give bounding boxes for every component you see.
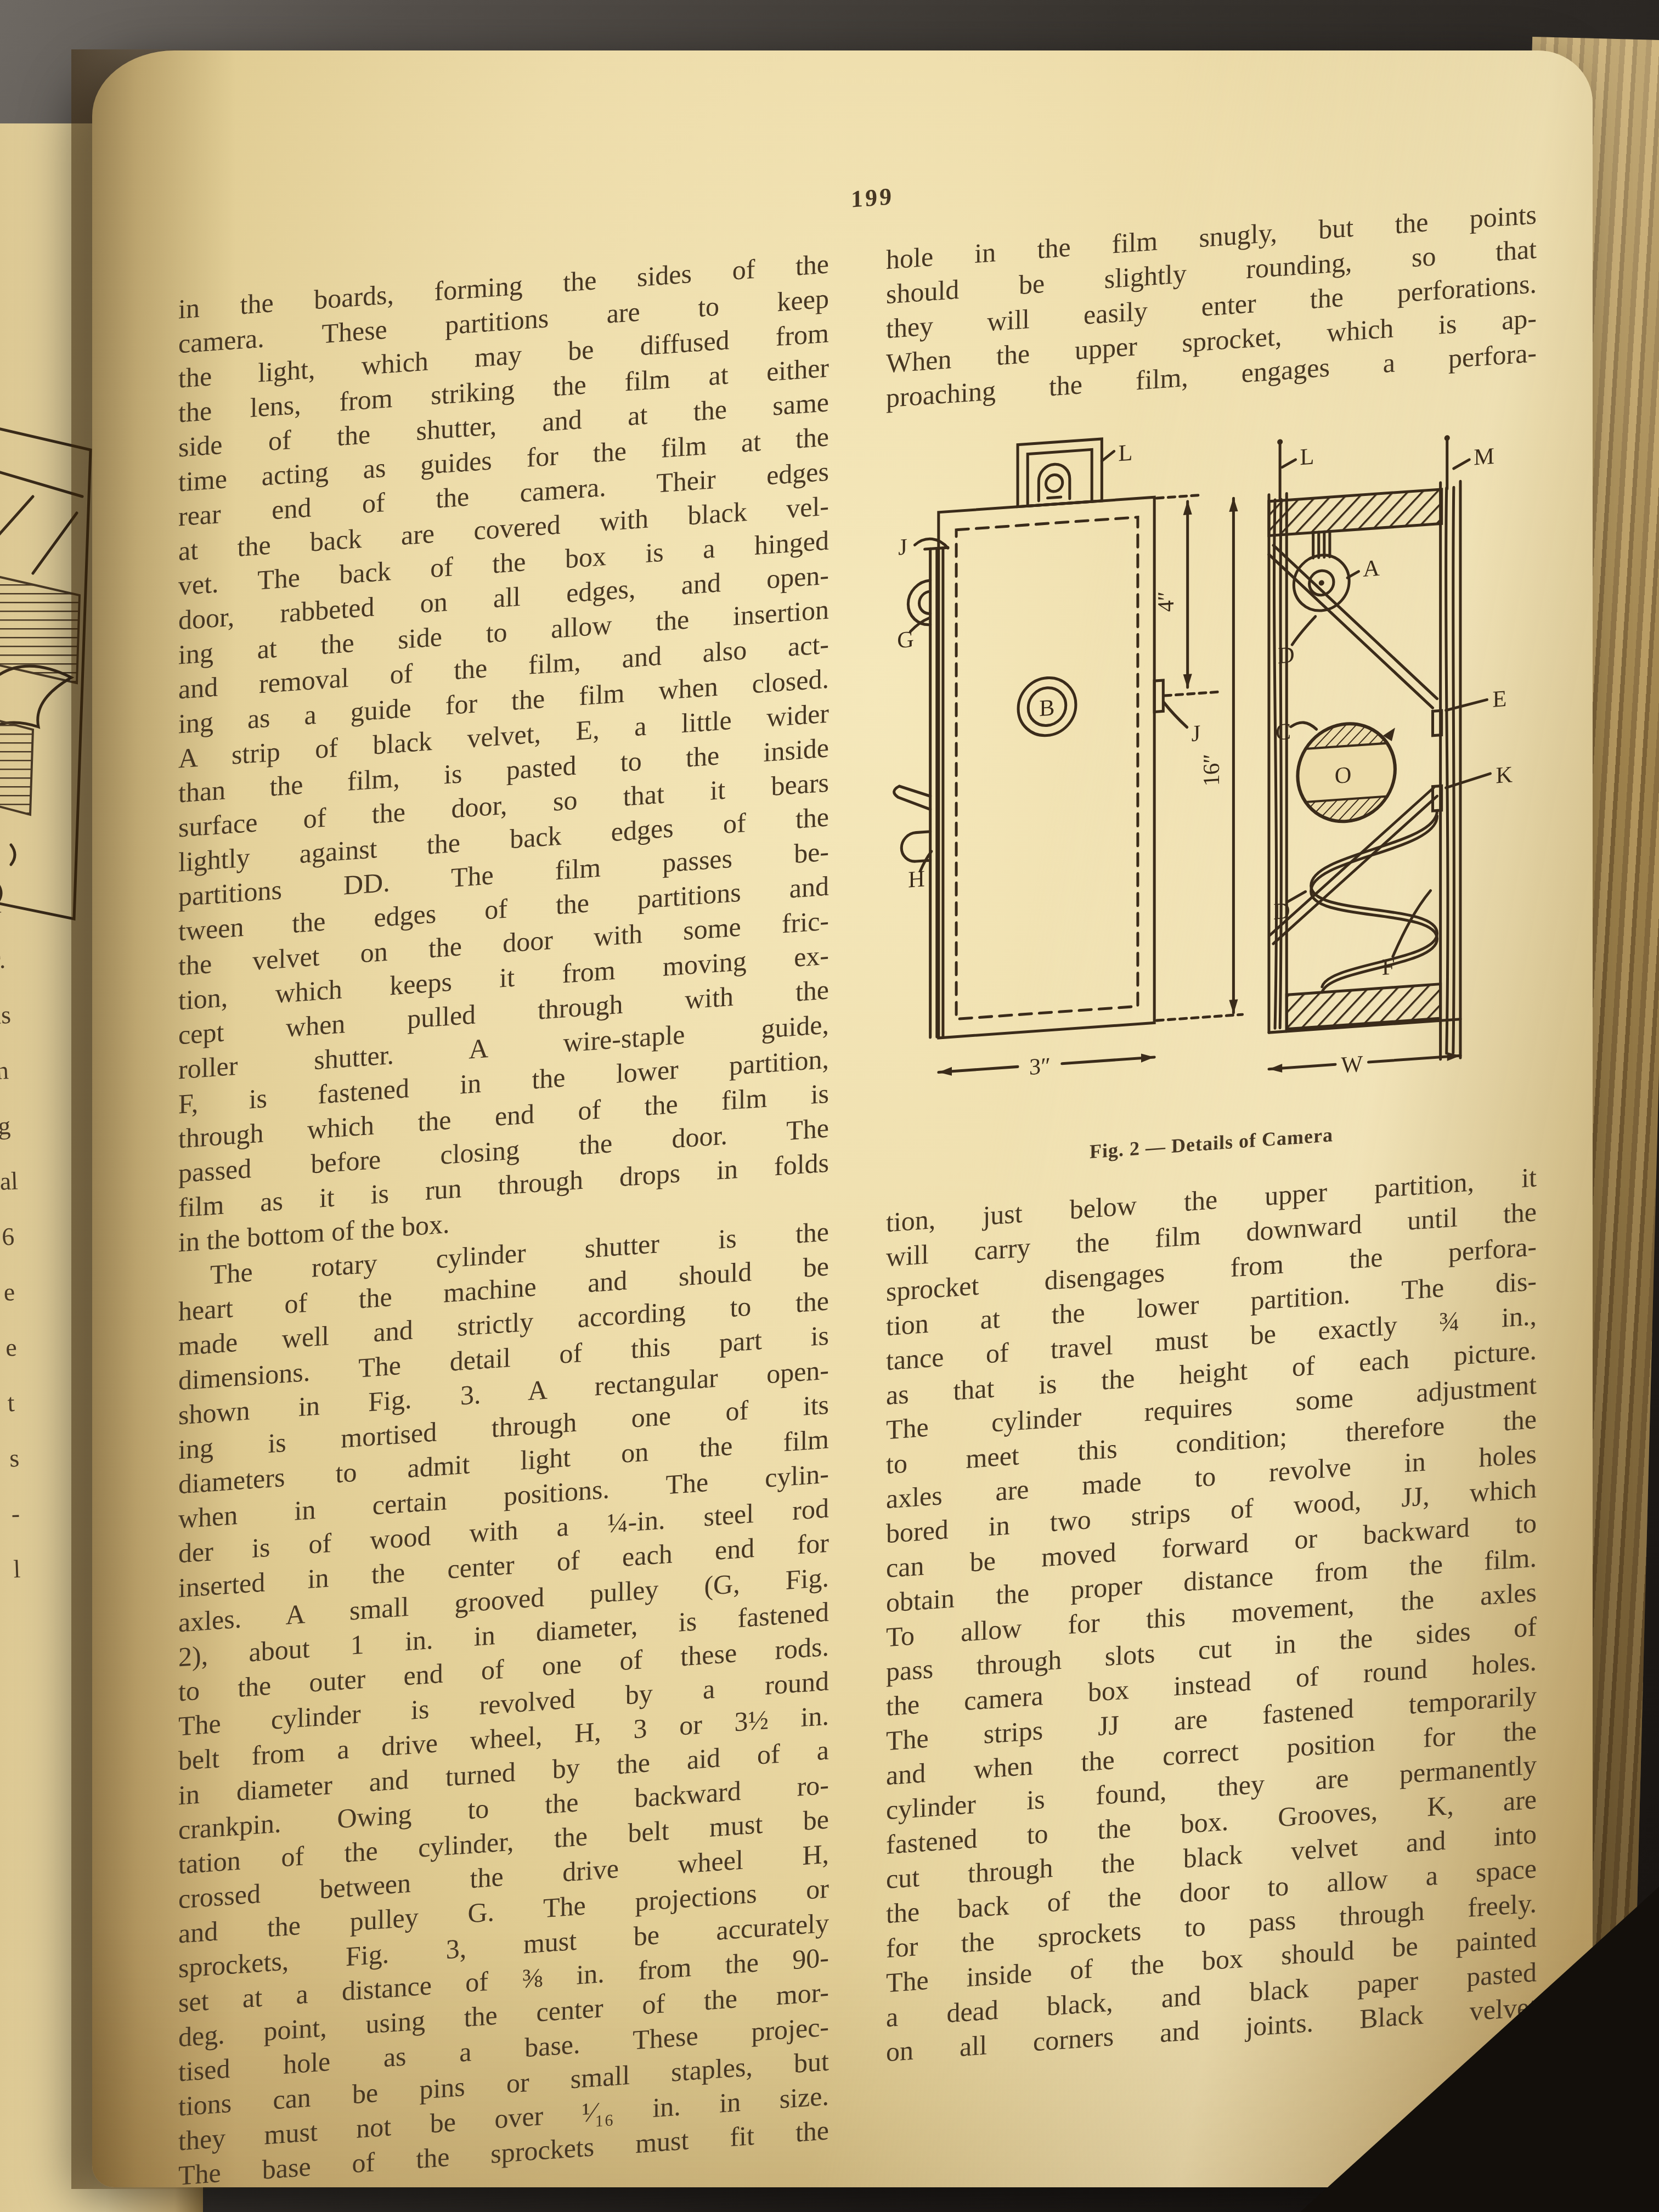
figure-2: L B J G	[886, 393, 1537, 1183]
figure-label-pin-right: M	[1474, 443, 1494, 471]
figure-label-strip-right: J	[1192, 720, 1200, 747]
facing-page-letter-fragment: e	[5, 1331, 61, 1388]
facing-page-letter-fragment: is	[0, 999, 50, 1056]
right-column-bottom-paragraph: tion, just below the upper partition, it…	[886, 1160, 1537, 2069]
figure-label-groove-upper: E	[1492, 686, 1506, 713]
facing-page-letter-fragment: r.	[0, 944, 48, 1001]
facing-page-letter-fragment: s	[9, 1442, 65, 1499]
figure-dimension-depth: W	[1341, 1051, 1363, 1079]
right-column-top-paragraph: hole in the film snugly, but the pointss…	[886, 197, 1537, 415]
text-column-right: hole in the film snugly, but the pointss…	[886, 197, 1537, 2143]
figure-label-idler: A	[1363, 555, 1380, 582]
figure-label-back: B	[1039, 695, 1054, 721]
facing-page-letter-fragment: e	[3, 1276, 60, 1333]
facing-page-text-fragments: ar.ishgal6eets-l	[0, 888, 70, 1610]
figure-label-cylinder: C	[1276, 719, 1291, 746]
book-photo: ar.ishgal6eets-l 199 in the boards, form…	[0, 0, 1659, 2212]
facing-page-letter-fragment: h	[0, 1054, 52, 1111]
facing-page-letter-fragment: l	[13, 1553, 69, 1610]
text-column-left: in the boards, forming the sides of thec…	[178, 247, 829, 2193]
figure-label-pulley: G	[897, 627, 914, 653]
camera-diagram: L B J G	[886, 393, 1528, 1141]
facing-page-letter-fragment: -	[11, 1497, 67, 1554]
figure-label-strip-left: J	[898, 534, 907, 560]
figure-label-partition-upper: D	[1278, 642, 1295, 669]
facing-page-letter-fragment: al	[0, 1165, 56, 1222]
facing-page-letter-fragment: g	[0, 1109, 54, 1166]
figure-label-crank: H	[908, 866, 925, 893]
figure-label-groove-lower: K	[1496, 761, 1513, 788]
facing-page-letter-fragment: 6	[1, 1220, 58, 1277]
facing-page-letter-fragment: t	[7, 1386, 64, 1443]
figure-dimension-total: 16″	[1199, 753, 1224, 787]
text-columns: in the boards, forming the sides of thec…	[178, 195, 1566, 2193]
figure-label-pin-left: L	[1300, 444, 1314, 471]
figure-label-axle: O	[1335, 762, 1352, 789]
figure-rear-view: L B J G	[894, 429, 1243, 1090]
figure-dimension-width: 3″	[1029, 1053, 1051, 1080]
page-content: 199 in the boards, forming the sides of …	[178, 136, 1566, 2193]
figure-label-partition-lower: D	[1273, 898, 1290, 925]
figure-dimension-upper: 4″	[1154, 590, 1180, 613]
figure-section-view: L M A	[1269, 423, 1513, 1084]
facing-page-letter-fragment: a	[0, 888, 47, 945]
figure-label-lens: L	[1119, 439, 1133, 466]
